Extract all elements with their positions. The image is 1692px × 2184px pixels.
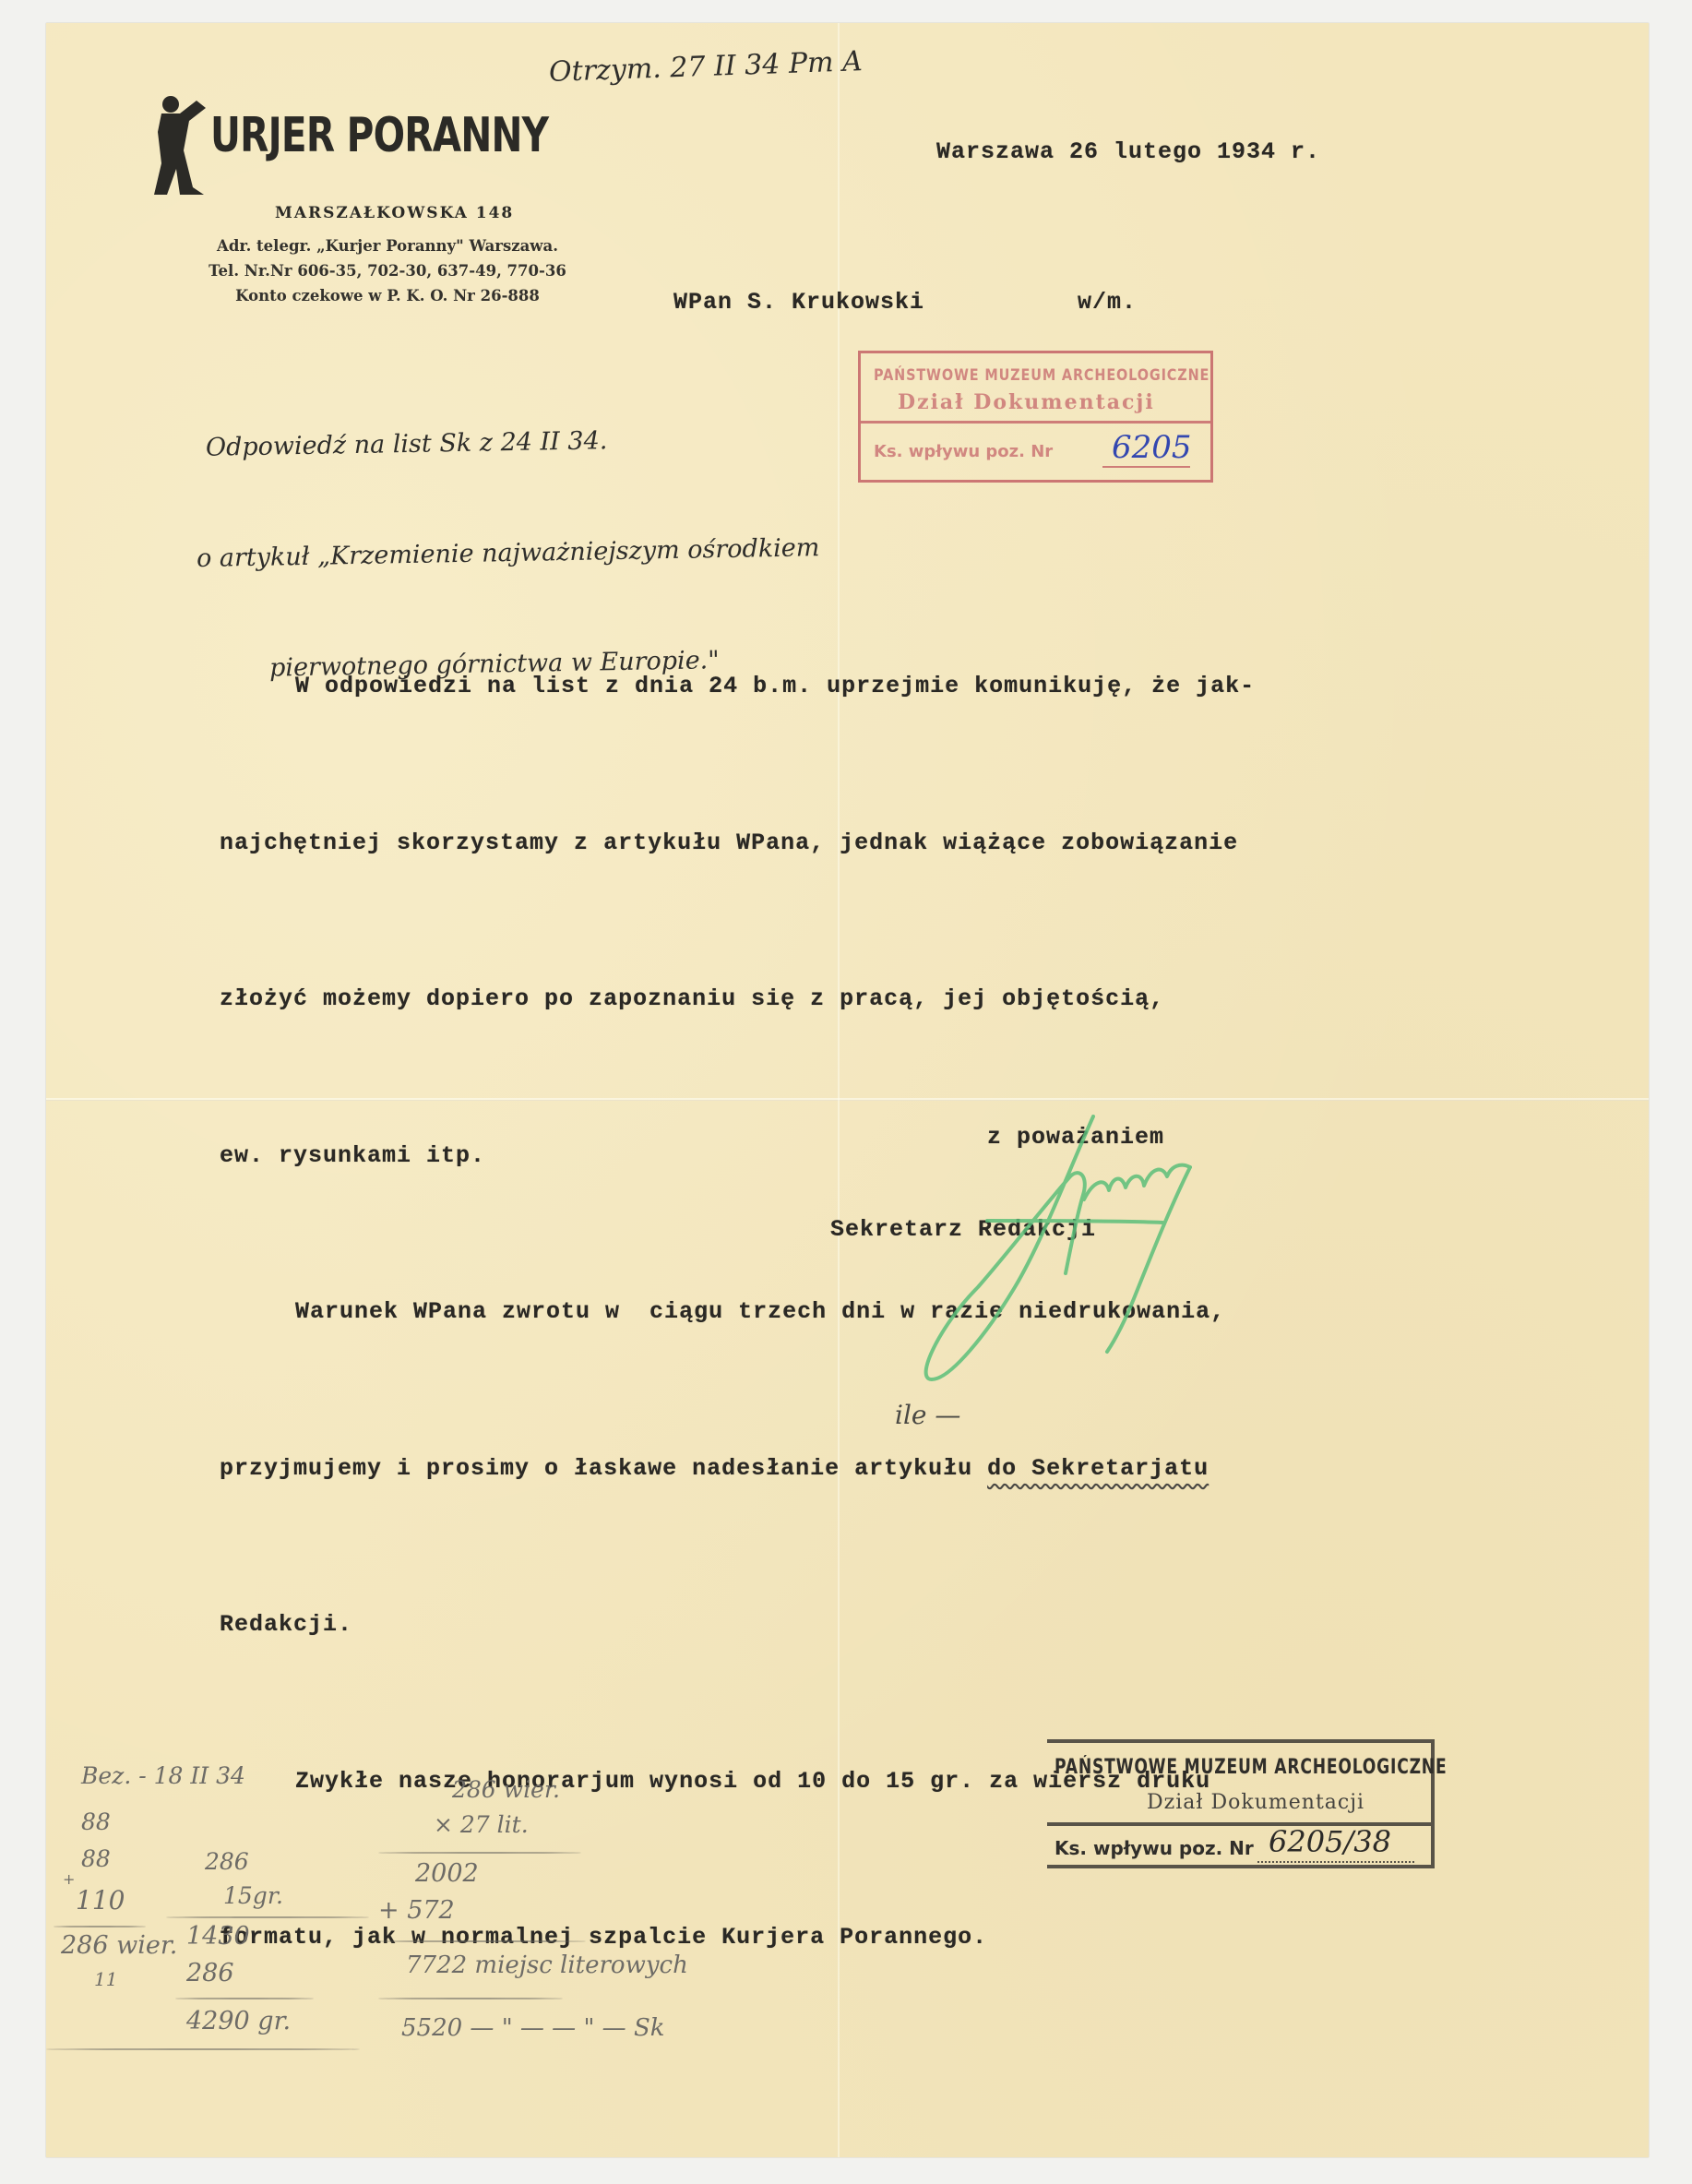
pencil-right-5: 7722 miejsc literowych (406, 1951, 688, 1979)
signature-icon (858, 1112, 1209, 1389)
date-line: Warszawa 26 lutego 1934 r. (936, 138, 1320, 165)
letterhead-address: MARSZAŁKOWSKA 148 (275, 204, 514, 222)
handwritten-ile-note: ile — (895, 1400, 960, 1430)
incoming-registry-stamp: PAŃSTWOWE MUZEUM ARCHEOLOGICZNE Dział Do… (858, 351, 1213, 483)
pencil-underline (166, 1916, 369, 1918)
pencil-underline (378, 1998, 563, 1999)
stamp-entry-label: Ks. wpływu poz. Nr (874, 442, 1053, 461)
stamp-number-line (1257, 1861, 1414, 1863)
recipient-name: WPan S. Krukowski (673, 289, 924, 316)
pencil-left-4: 286 wier. (61, 1931, 177, 1960)
pencil-mid-2: 15gr. (223, 1882, 283, 1909)
pencil-right-6: 5520 — " — — " — Sk (401, 2014, 665, 2042)
pencil-header: Bez. - 18 II 34 (81, 1762, 245, 1789)
pencil-underline (378, 1940, 586, 1942)
pencil-mid-1: 286 (205, 1848, 249, 1875)
telegraph-address: Adr. telegr. „Kurjer Poranny" Warszawa. (148, 233, 627, 258)
stamp-number-line (1102, 466, 1190, 468)
pencil-mid-5: 4290 gr. (186, 2007, 291, 2035)
pencil-underline (175, 1998, 314, 1999)
recipient-locale: w/m. (1078, 289, 1137, 316)
pencil-mid-3: 1430 (186, 1922, 250, 1951)
pencil-right-3: 2002 (415, 1859, 479, 1888)
letter-page: Otrzym. 27 II 34 Pm A URJER PORANNY MARS… (46, 23, 1649, 2157)
stamp-entry-number: 6205 (1112, 429, 1192, 466)
reply-note-line-1: Odpowiedź na list Sk z 24 II 34. (206, 419, 818, 467)
body-p2-line-3: Redakcji. (220, 1599, 1511, 1652)
letterhead-contact: Adr. telegr. „Kurjer Poranny" Warszawa. … (148, 233, 627, 308)
pencil-right-4: + 572 (378, 1896, 455, 1925)
stamp-institution: PAŃSTWOWE MUZEUM ARCHEOLOGICZNE (874, 366, 1209, 385)
body-p2-line-2: przyjmujemy i prosimy o łaskawe nadesłan… (220, 1443, 1511, 1496)
pencil-underline (46, 2048, 360, 2050)
stamp-divider (861, 421, 1210, 424)
underlined-phrase: do Sekretarjatu (987, 1455, 1209, 1482)
body-p2-line-2-text: przyjmujemy i prosimy o łaskawe nadesłan… (220, 1455, 987, 1482)
stamp-department: Dział Dokumentacji (898, 390, 1155, 414)
stamp-entry-number: 6205/38 (1269, 1824, 1391, 1859)
stamp-institution: PAŃSTWOWE MUZEUM ARCHEOLOGICZNE (1055, 1756, 1447, 1779)
courier-runner-logo-icon (152, 95, 208, 198)
bank-account: Konto czekowe w P. K. O. Nr 26-888 (148, 283, 627, 308)
body-p1-line-2: najchętniej skorzystamy z artykułu WPana… (220, 818, 1511, 870)
pencil-right-1: 286 wier. (452, 1776, 560, 1803)
phone-numbers: Tel. Nr.Nr 606-35, 702-30, 637-49, 770-3… (148, 258, 627, 283)
pencil-plus: + (63, 1870, 75, 1888)
pencil-underline (378, 1852, 581, 1854)
pencil-left-3: 110 (76, 1885, 125, 1915)
body-p1-line-1: W odpowiedzi na list z dnia 24 b.m. uprz… (220, 661, 1511, 713)
newspaper-title: URJER PORANNY (210, 108, 548, 163)
pencil-left-1: 88 (81, 1808, 111, 1835)
stamp-entry-label: Ks. wpływu poz. Nr (1055, 1837, 1254, 1859)
pencil-mid-4: 286 (186, 1959, 234, 1987)
handwritten-receipt-note: Otrzym. 27 II 34 Pm A (548, 45, 863, 89)
pencil-left-2: 88 (81, 1845, 111, 1872)
pencil-left-5: 11 (94, 1968, 117, 1990)
stamp-department: Dział Dokumentacji (1147, 1791, 1364, 1814)
body-p1-line-3: złożyć możemy dopiero po zapoznaniu się … (220, 973, 1511, 1026)
pencil-underline (54, 1926, 146, 1927)
pencil-right-2: × 27 lit. (434, 1811, 529, 1838)
archive-registry-stamp: PAŃSTWOWE MUZEUM ARCHEOLOGICZNE Dział Do… (1047, 1739, 1435, 1868)
